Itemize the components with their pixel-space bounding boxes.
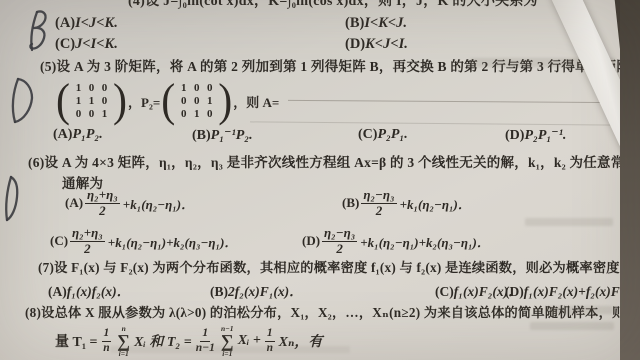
q4-option-d: (D)K<J<I.: [345, 36, 408, 53]
fraction-numerator: 1: [200, 327, 210, 341]
option-text: P₁P₂.: [72, 127, 102, 142]
option-label: (D): [302, 233, 320, 249]
matrix-cell: 0: [177, 95, 190, 108]
question-4-stem-fragment: (4)设 J=∫₀ln(cot x)dx，K=∫₀ln(cos x)dx，则 I…: [128, 0, 538, 10]
option-text: f₁(x)f₂(x)．: [67, 284, 130, 299]
fraction-denominator: 2: [376, 204, 383, 219]
option-label: (B): [345, 15, 364, 31]
q7-option-a: (A)f₁(x)f₂(x)．: [48, 280, 130, 300]
matrix-cell: 0: [190, 95, 203, 108]
option-tail: +k₁(η₂−η₁)+k₂(η₃−η₁)．: [108, 232, 238, 251]
q6-option-b: (B) η₂−η₃2 +k₁(η₂−η₁)．: [342, 188, 471, 218]
matrix-cell: 1: [98, 108, 111, 121]
option-text: 2f₂(x)F₁(x)．: [228, 284, 303, 299]
then-a-equals: ，则 A=: [233, 92, 279, 111]
option-label: (C): [50, 233, 68, 249]
fraction-denominator: 2: [84, 242, 91, 257]
matrix-cell: 0: [203, 82, 216, 95]
fraction-numerator: η₂+η₃: [70, 226, 105, 242]
left-paren: (: [161, 80, 175, 122]
option-tail: +k₁(η₂−η₁)．: [400, 194, 471, 213]
matrix-cell: 1: [177, 82, 190, 95]
t1-label: 量 T₁ =: [55, 331, 98, 351]
matrix-cell: 1: [72, 82, 85, 95]
matrix-p2-grid: 100001010: [177, 82, 216, 121]
handwritten-answer-d1: [6, 76, 38, 126]
question-7-stem: (7)设 F₁(x) 与 F₂(x) 为两个分布函数，其相应的概率密度 f₁(x…: [38, 257, 640, 276]
option-label: (D): [505, 284, 524, 299]
left-paren: (: [56, 80, 70, 122]
q5-option-a: (A)P₁P₂.: [53, 127, 103, 143]
fraction-denominator: n: [103, 342, 109, 355]
option-text: P₂P₁⁻¹.: [524, 128, 566, 143]
option-text: J<I<K.: [75, 36, 118, 52]
q5-option-b: (B)P₁⁻¹P₂.: [192, 127, 253, 144]
bleed-through-text: [525, 218, 613, 226]
matrix-cell: 0: [85, 108, 98, 121]
q6-option-c: (C) η₂+η₃2 +k₁(η₂−η₁)+k₂(η₃−η₁)．: [50, 226, 237, 256]
fraction-numerator: η₂−η₃: [322, 226, 357, 242]
right-paren: ): [113, 80, 127, 122]
q6-option-a: (A) η₂+η₃2 +k₁(η₂−η₁)．: [65, 188, 194, 218]
q5-matrix-row: ( 100110001 ) ，P₂= ( 100001010 ) ，则 A=: [55, 77, 279, 125]
option-text: P₂P₁.: [377, 127, 407, 142]
option-label: (A): [48, 284, 67, 299]
option-label: (A): [53, 127, 72, 142]
fraction-denominator: 2: [99, 204, 106, 219]
q4-option-c: (C)J<I<K.: [55, 36, 118, 53]
fraction: η₂+η₃2: [85, 188, 120, 219]
fraction-numerator: 1: [102, 327, 112, 341]
background-shadow-band: [620, 0, 640, 360]
option-label: (B): [210, 284, 228, 299]
matrix-cell: 1: [203, 95, 216, 108]
option-text: P₁⁻¹P₂.: [211, 128, 253, 143]
option-label: (C): [55, 36, 75, 52]
handwritten-answer-d2: [2, 175, 20, 223]
option-label: (A): [65, 195, 83, 211]
option-tail: +k₁(η₂−η₁)+k₂(η₃−η₁)．: [360, 232, 490, 251]
answer-blank-line-2: [250, 121, 618, 125]
right-paren: ): [218, 80, 232, 122]
bleed-through-text: [530, 322, 614, 330]
fraction-numerator: η₂+η₃: [85, 188, 120, 204]
option-label: (D): [505, 128, 524, 143]
matrix-cell: 0: [98, 95, 111, 108]
fraction: η₂−η₃2: [361, 188, 396, 219]
q5-option-d: (D)P₂P₁⁻¹.: [505, 127, 566, 144]
answer-blank-line: [288, 100, 618, 103]
matrix-cell: 0: [98, 82, 111, 95]
matrix-cell: 0: [85, 82, 98, 95]
question-6-stem: (6)设 A 为 4×3 矩阵，η₁，η₂，η₃ 是非齐次线性方程组 Ax=β …: [28, 151, 640, 171]
fraction-numerator: η₂−η₃: [361, 188, 396, 204]
matrix-p2: ( 100001010 ): [161, 82, 232, 121]
option-text: I<J<K.: [75, 15, 118, 31]
matrix-cell: 0: [203, 108, 216, 121]
option-text: K<J<I.: [365, 36, 408, 52]
option-label: (A): [55, 15, 75, 31]
exam-paper-photo: (4)设 J=∫₀ln(cot x)dx，K=∫₀ln(cos x)dx，则 I…: [0, 0, 640, 360]
matrix-cell: 0: [72, 108, 85, 121]
fraction: η₂+η₃2: [70, 226, 105, 257]
matrix-cell: 1: [190, 108, 203, 121]
option-text: I<K<J.: [364, 15, 407, 31]
matrix-separator: ，P₂=: [128, 92, 160, 111]
matrix-cell: 1: [85, 95, 98, 108]
q7-option-b: (B)2f₂(x)F₁(x)．: [210, 280, 303, 300]
option-tail: +k₁(η₂−η₁)．: [123, 194, 194, 213]
fraction-numerator: 1: [265, 327, 275, 341]
bleed-through-text: [545, 306, 613, 314]
option-label: (C): [435, 284, 454, 299]
fraction: η₂−η₃2: [322, 226, 357, 257]
handwritten-answer-b: [26, 9, 52, 55]
matrix-cell: 0: [177, 108, 190, 121]
option-label: (B): [342, 195, 359, 211]
q4-option-b: (B)I<K<J.: [345, 15, 407, 32]
q4-option-a: (A)I<J<K.: [55, 15, 118, 32]
option-label: (B): [192, 128, 211, 143]
option-label: (C): [358, 127, 377, 142]
q5-option-c: (C)P₂P₁.: [358, 127, 408, 143]
q6-option-d: (D) η₂−η₃2 +k₁(η₂−η₁)+k₂(η₃−η₁)．: [302, 226, 490, 256]
matrix-p1-grid: 100110001: [72, 82, 111, 121]
option-label: (D): [345, 36, 365, 52]
matrix-cell: 0: [190, 82, 203, 95]
matrix-p1: ( 100110001 ): [56, 82, 127, 121]
fraction-denominator: 2: [336, 242, 343, 257]
matrix-cell: 1: [72, 95, 85, 108]
bleed-through-text: [110, 346, 350, 353]
